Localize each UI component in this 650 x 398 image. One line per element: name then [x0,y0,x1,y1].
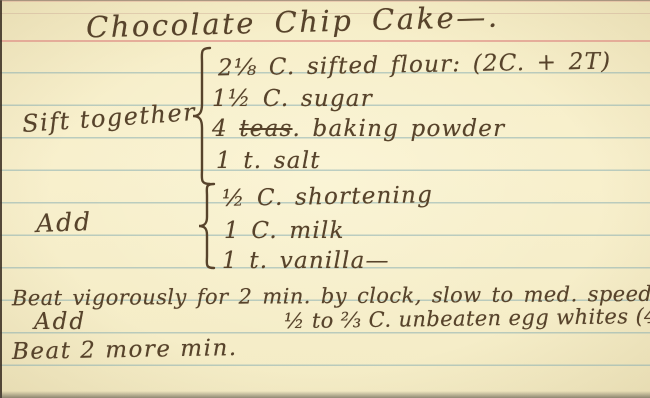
scan-edge-top [0,0,650,1]
ingredient-sugar: 1½ C. sugar [212,88,373,111]
instruction-beat-second: Beat 2 more min. [12,337,238,364]
card-title: Chocolate Chip Cake—. [86,3,500,43]
add-group-label: Add [36,209,93,236]
ingredient-salt: 1 t. salt [216,150,321,173]
ingredient-vanilla: 1 t. vanilla— [222,250,390,273]
brace-icon [190,46,214,186]
scan-edge-left [0,0,2,398]
baking-powder-struck-word: teas [239,116,292,142]
baking-powder-rest: . baking powder [293,116,506,142]
ingredient-milk: 1 C. milk [224,220,345,243]
ingredient-baking-powder: 4 teas. baking powder [212,118,505,141]
baking-powder-qty: 4 [212,116,239,142]
recipe-card: Chocolate Chip Cake—. Sift together 2⅛ C… [0,0,650,398]
instruction-add-label: Add [34,311,86,334]
instruction-egg-whites: ½ to ⅔ C. unbeaten egg whites (4 large) [284,305,650,332]
scan-edge-bottom [0,391,650,398]
ingredient-shortening: ½ C. shortening [222,184,433,211]
brace-icon [196,182,218,270]
